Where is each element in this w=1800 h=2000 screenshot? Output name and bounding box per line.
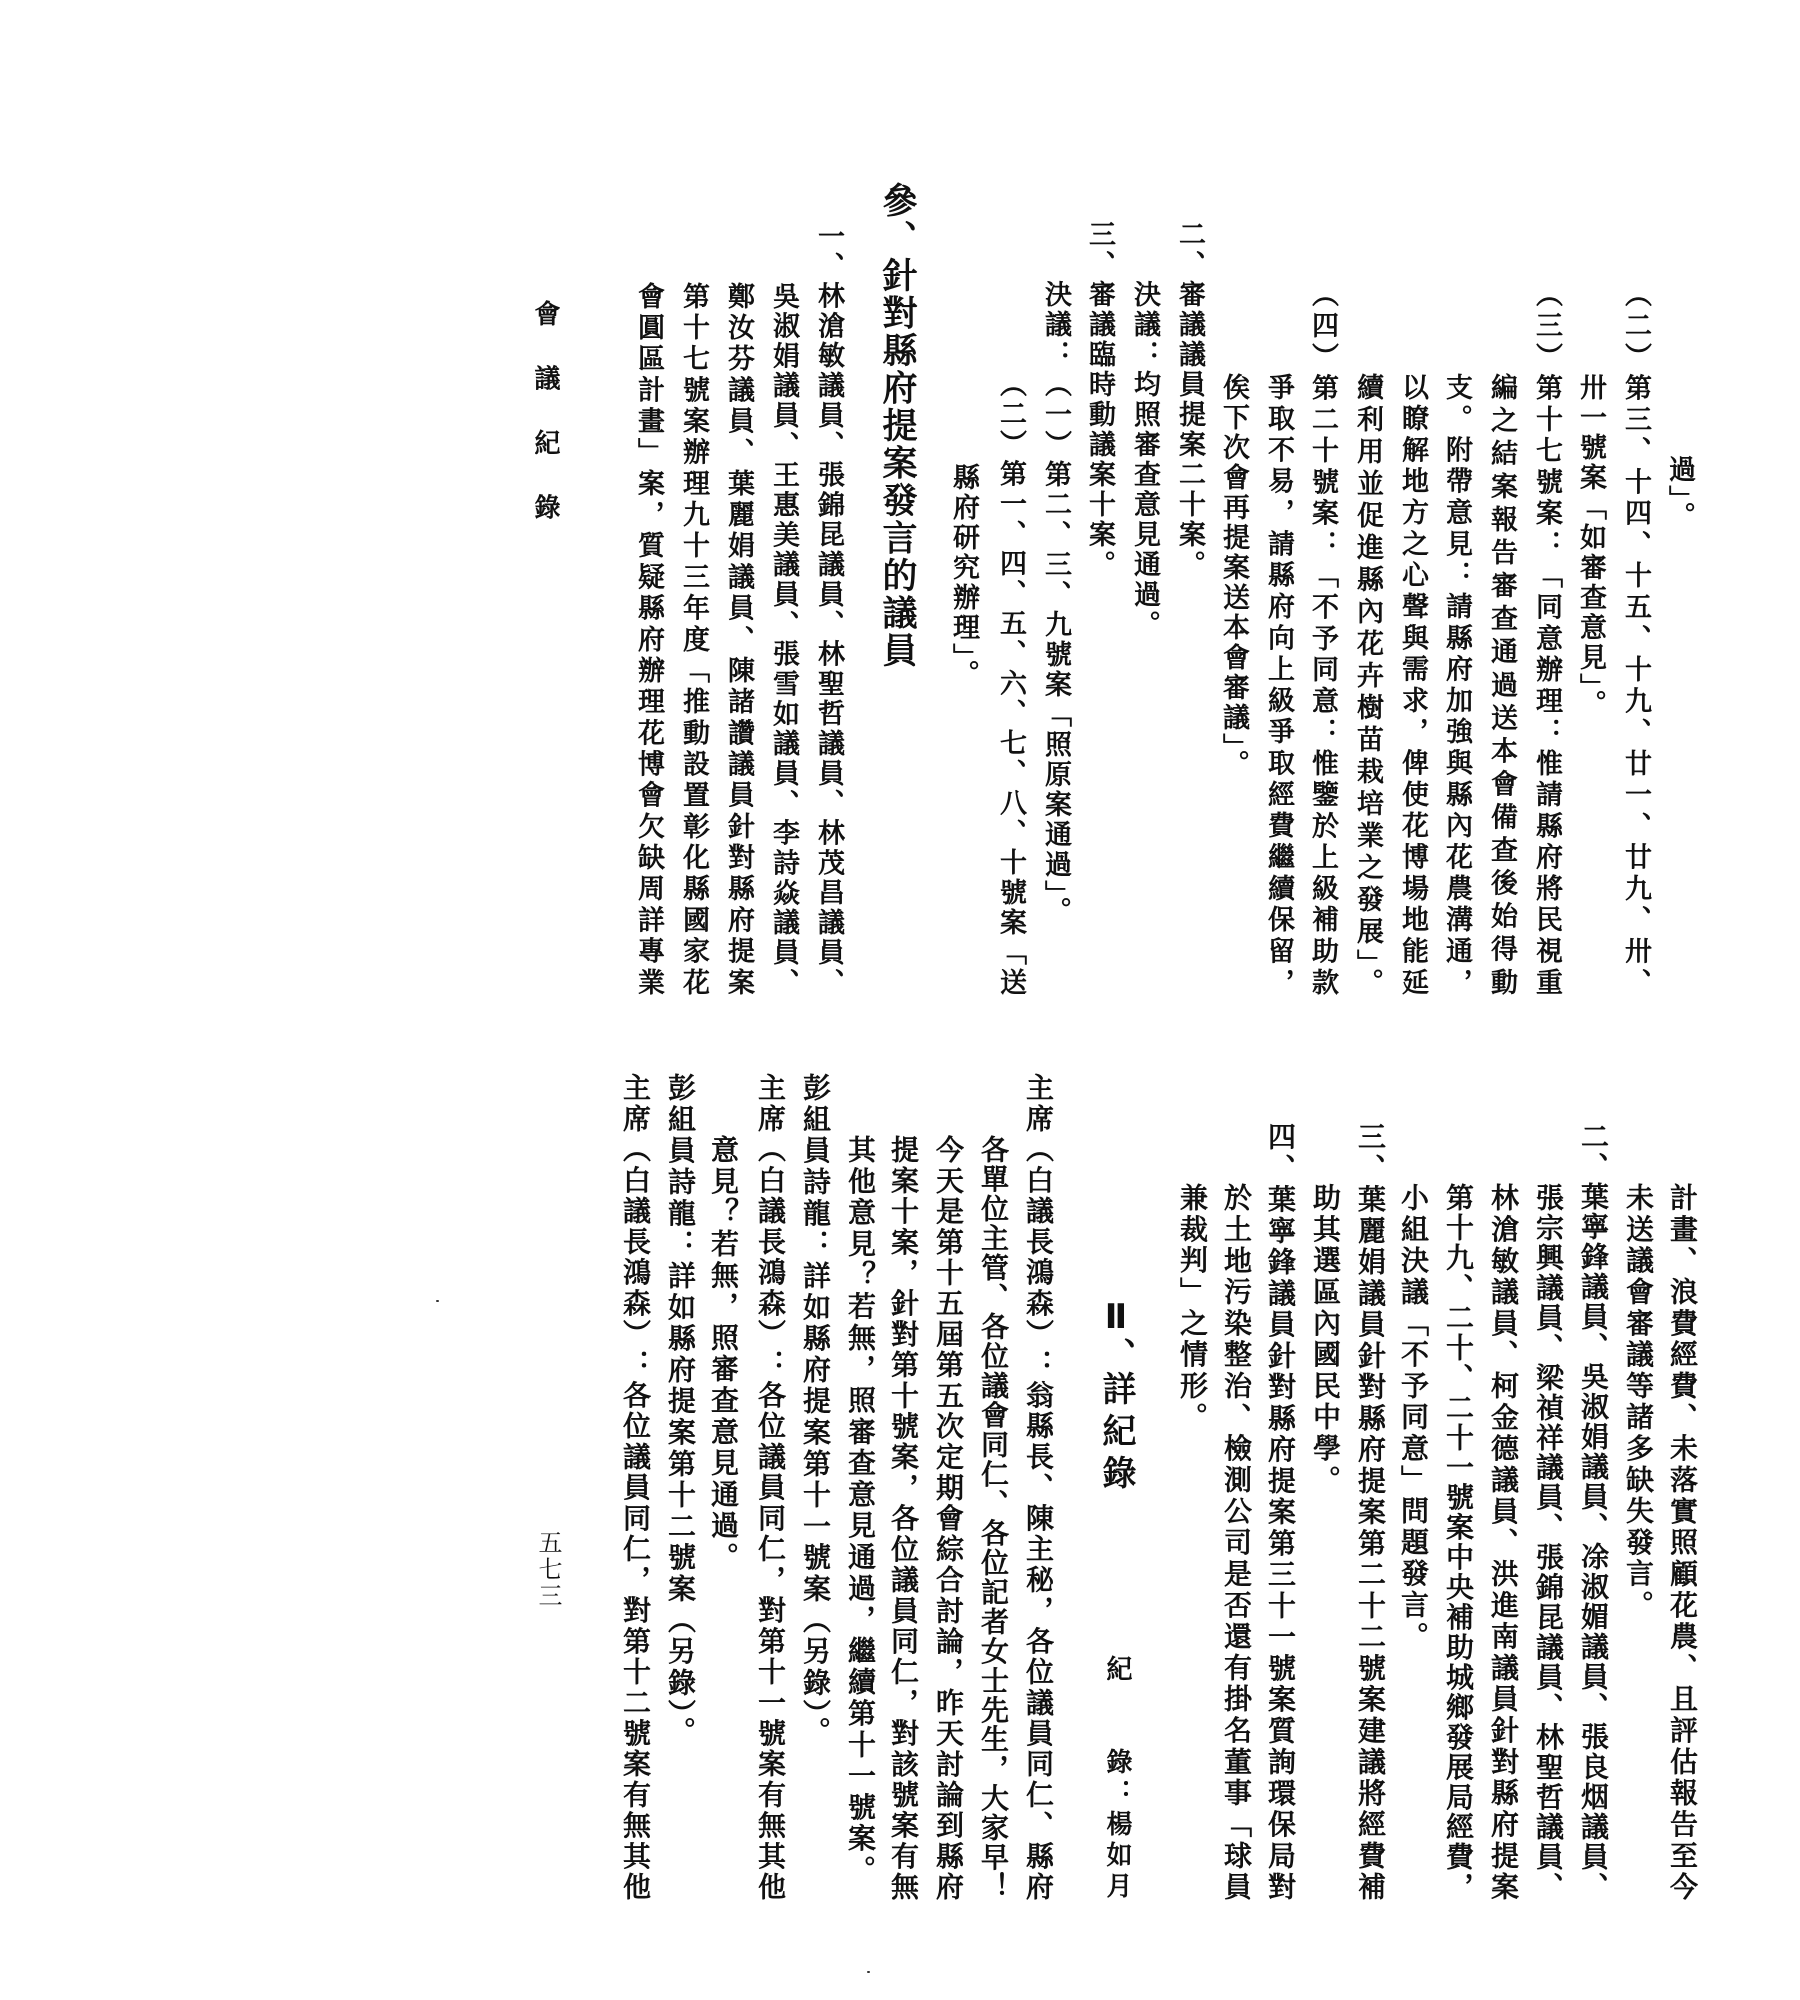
transcript-column: 今天是第十五屆第五次定期會綜合討論，昨天討論到縣府 [930,1135,966,1900]
item-heading: 二、審議議員提案二十案。 [1172,220,1206,580]
text-column: 吳淑娟議員、王惠美議員、張雪如議員、李詩焱議員、 [766,282,800,995]
speaker-name: 主席（白議長鴻森）： [1022,1073,1055,1380]
scan-speck [436,1300,439,1302]
text-column: 兼裁判」之情形。 [1174,1183,1210,1433]
document-page: 過」。 （二）第三、十四、十五、十九、廿一、廿九、卅、 卅一號案「如審查意見」。… [0,0,1800,2000]
speaker-name: 彭組員詩龍： [799,1073,832,1261]
speech-text: 各位議員同仁，對第十二號案有無其他 [619,1380,652,1900]
page-number: 五七三 [533,1530,563,1610]
speaker-name: 主席（白議長鴻森）： [619,1073,652,1380]
transcript-column: 主席（白議長鴻森）：翁縣長、陳主秘，各位議員同仁、縣府 [1020,1073,1056,1900]
recorder-label: 紀 錄： [1102,1655,1132,1810]
section-heading: 參、針對縣府提案發言的議員 [876,182,918,670]
transcript-column: 彭組員詩龍：詳如縣府提案第十一號案（另錄）。 [797,1073,833,1748]
text-column: 縣府研究辦理」。 [946,463,980,690]
text-column: （二）第一、四、五、六、七、八、十號案「送 [993,370,1027,995]
recorder-byline: 紀 錄：楊如月 [1100,1655,1134,1903]
text-column: （二）第三、十四、十五、十九、廿一、廿九、卅、 [1618,280,1652,995]
text-column: 俟下次會再提案送本會審議」。 [1216,373,1250,780]
text-column: 編之結案報告審查通過送本會備查後始得動 [1484,373,1518,995]
item-heading: 三、審議臨時動議案十案。 [1082,220,1116,580]
text-column: 計畫、浪費經費、未落實照顧花農、且評估報告至今 [1664,1183,1700,1900]
transcript-column: 其他意見？若無，照審查意見通過，繼續第十一號案。 [842,1135,878,1886]
text-column: 小組決議「不予同意」問題發言。 [1395,1183,1431,1653]
transcript-column: 主席（白議長鴻森）：各位議員同仁，對第十一號案有無其他 [752,1073,788,1900]
scan-speck [867,1971,870,1973]
text-column: 於土地污染整治、檢測公司是否還有掛名董事「球員 [1218,1183,1254,1900]
speech-text: 詳如縣府提案第十一號案（另錄）。 [799,1261,832,1748]
text-column: 四、葉寧鋒議員針對縣府提案第三十一號案質詢環保局對 [1262,1122,1298,1900]
text-column: 林滄敏議員、柯金德議員、洪進南議員針對縣府提案 [1485,1183,1521,1900]
section-title: 詳紀錄 [1096,1371,1136,1497]
resolution-line: 決議：（一）第二、三、九號案「照原案通過」。 [1038,280,1072,927]
speech-text: 詳如縣府提案第十二號案（另錄）。 [664,1261,697,1748]
transcript-column: 彭組員詩龍：詳如縣府提案第十二號案（另錄）。 [662,1073,698,1748]
speech-text: 各位議員同仁，對第十一號案有無其他 [754,1380,787,1900]
resolution-line: 決議：均照審查意見通過。 [1127,280,1161,640]
transcript-column: 意見？若無，照審查意見通過。 [705,1135,741,1573]
text-column: 過」。 [1662,455,1696,532]
text-column: 第十七號案辦理九十三年度「推動設置彰化縣國家花 [676,282,710,995]
text-column: 張宗興議員、梁禎祥議員、張錦昆議員、林聖哲議員、 [1530,1183,1566,1900]
text-column: 助其選區內國民中學。 [1307,1183,1343,1496]
text-column: 未送議會審議等諸多缺失發言。 [1620,1183,1656,1621]
text-column: 會圓區計畫」案，質疑縣府辦理花博會欠缺周詳專業 [631,282,665,995]
text-column: 以瞭解地方之心聲與需求，俾使花博場地能延 [1395,373,1429,995]
running-head: 會議紀錄 [528,300,562,558]
transcript-column: 主席（白議長鴻森）：各位議員同仁，對第十二號案有無其他 [617,1073,653,1900]
recorder-name: 楊如月 [1102,1810,1132,1903]
text-column: 第十九、二十、二十一號案中央補助城鄉發展局經費， [1440,1183,1476,1900]
speech-text: 翁縣長、陳主秘，各位議員同仁、縣府 [1022,1380,1055,1900]
text-column: 爭取不易，請縣府向上級爭取經費繼續保留， [1261,373,1295,995]
text-column: 鄭汝芬議員、葉麗娟議員、陳諸讚議員針對縣府提案 [721,282,755,995]
text-column: 卅一號案「如審查意見」。 [1573,373,1607,720]
section-heading: Ⅱ、詳紀錄 [1096,1297,1136,1497]
text-column: 一、林滄敏議員、張錦昆議員、林聖哲議員、林茂昌議員、 [811,222,845,995]
speaker-name: 主席（白議長鴻森）： [754,1073,787,1380]
speaker-name: 彭組員詩龍： [664,1073,697,1261]
text-column: 支。附帶意見：請縣府加強與縣內花農溝通， [1439,373,1473,995]
text-column: 續利用並促進縣內花卉樹苗栽培業之發展」。 [1350,373,1384,995]
text-column: 三、葉麗娟議員針對縣府提案第二十二號案建議將經費補 [1352,1122,1388,1900]
section-numeral: Ⅱ、 [1096,1297,1136,1371]
text-column: 二、葉寧鋒議員、吳淑娟議員、凃淑媚議員、張良烟議員、 [1575,1122,1611,1900]
transcript-column: 提案十案，針對第十號案，各位議員同仁，對該號案有無 [885,1135,921,1900]
text-column: （三）第十七號案：「同意辦理：惟請縣府將民視重 [1529,280,1563,995]
transcript-column: 各單位主管、各位議會同仁、各位記者女士先生，大家早！ [975,1135,1011,1900]
text-column: （四）第二十號案：「不予同意：惟鑒於上級補助款 [1305,280,1339,995]
